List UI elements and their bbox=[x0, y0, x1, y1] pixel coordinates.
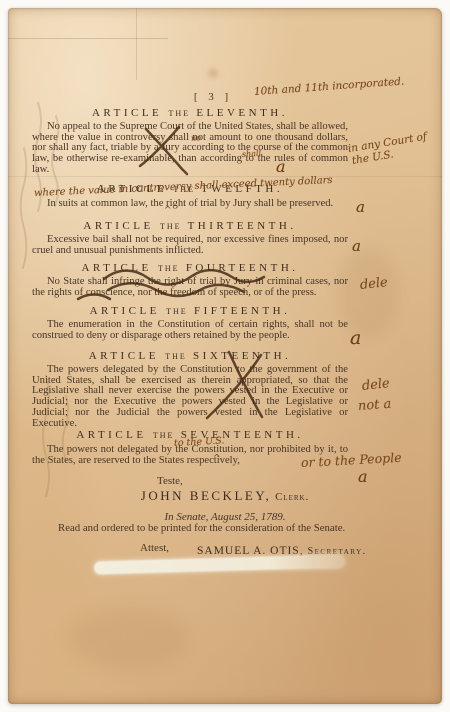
white-smear-mark bbox=[94, 555, 344, 575]
vertical-crease bbox=[136, 8, 137, 80]
article-fifteenth-body: The enumeration in the Constitution of c… bbox=[32, 320, 348, 341]
heading-word: ELEVENTH. bbox=[196, 107, 288, 119]
heading-word: FIFTEENTH. bbox=[194, 305, 290, 317]
margin-note: not a bbox=[357, 397, 391, 414]
article-fifteenth: ARTICLE THE FIFTEENTH. The enumeration i… bbox=[32, 305, 348, 341]
heading-word: THE bbox=[153, 431, 175, 440]
document-page: [ 3 ] 10th and 11th incorporated. ARTICL… bbox=[8, 8, 442, 704]
article-fourteenth-heading: ARTICLE THE FOURTEENTH. bbox=[32, 262, 348, 274]
attest-label: Attest, bbox=[140, 542, 169, 554]
heading-word: THE bbox=[160, 222, 182, 231]
heading-word: ARTICLE bbox=[89, 350, 159, 362]
approval-mark: a bbox=[350, 327, 361, 349]
photograph-of-document: [ 3 ] 10th and 11th incorporated. ARTICL… bbox=[0, 0, 450, 712]
article-sixteenth-body: The powers delegated by the Constitution… bbox=[32, 365, 348, 429]
approval-mark: a bbox=[358, 467, 368, 486]
clerk-signature-line: JOHN BECKLEY, Clerk. bbox=[8, 487, 442, 505]
article-thirteenth: ARTICLE THE THIRTEENTH. Excessive bail s… bbox=[32, 220, 348, 256]
heading-word: ARTICLE bbox=[83, 220, 153, 232]
caret-mark: ^ bbox=[164, 206, 172, 216]
heading-word: THIRTEENTH. bbox=[188, 220, 297, 232]
heading-word: THE bbox=[169, 109, 191, 118]
top-margin-annotation: 10th and 11th incorporated. bbox=[254, 76, 405, 98]
interline-edit: shall bbox=[242, 149, 262, 159]
heading-word: THE bbox=[158, 264, 180, 273]
heading-word: SIXTEENTH. bbox=[193, 350, 291, 362]
article-fourteenth-body: No State shall infringe the right of tri… bbox=[32, 277, 348, 298]
heading-word: THE bbox=[165, 352, 187, 361]
article-eleventh-body: No appeal to the Supreme Court of the Un… bbox=[32, 122, 348, 176]
interline-edit: no bbox=[191, 133, 202, 143]
article-sixteenth: ARTICLE THE SIXTEENTH. The powers delega… bbox=[32, 350, 348, 429]
approval-mark: a bbox=[352, 237, 361, 255]
dele-note: dele bbox=[361, 376, 390, 394]
paper-stain bbox=[68, 608, 188, 668]
article-fifteenth-heading: ARTICLE THE FIFTEENTH. bbox=[32, 305, 348, 317]
article-fourteenth: ARTICLE THE FOURTEENTH. No State shall i… bbox=[32, 262, 348, 298]
article-eleventh: ARTICLE THE ELEVENTH. No appeal to the S… bbox=[32, 107, 348, 176]
article-twelfth-body: In suits at common law, the right of tri… bbox=[32, 199, 348, 210]
clerk-title: Clerk. bbox=[275, 492, 309, 503]
approval-mark: a bbox=[356, 198, 365, 216]
dele-note: dele bbox=[359, 275, 388, 293]
clerk-name: JOHN BECKLEY, bbox=[141, 488, 272, 503]
article-thirteenth-body: Excessive bail shall not be required, no… bbox=[32, 235, 348, 256]
teste-label: Teste, bbox=[157, 475, 183, 487]
article-eleventh-heading: ARTICLE THE ELEVENTH. bbox=[32, 107, 348, 119]
order-to-print-line: Read and ordered to be printed for the c… bbox=[32, 523, 354, 534]
heading-word: ARTICLE bbox=[76, 429, 146, 441]
heading-word: FOURTEENTH. bbox=[186, 262, 299, 274]
article-sixteenth-heading: ARTICLE THE SIXTEENTH. bbox=[32, 350, 348, 362]
heading-word: ARTICLE bbox=[81, 262, 151, 274]
caret-mark: ^ bbox=[213, 454, 221, 464]
horizontal-crease bbox=[8, 38, 168, 39]
page-number: [ 3 ] bbox=[158, 91, 268, 103]
heading-word: ARTICLE bbox=[90, 305, 160, 317]
paper-stain bbox=[208, 68, 218, 78]
heading-word: THE bbox=[166, 307, 188, 316]
approval-mark: a bbox=[276, 157, 286, 176]
fold-line bbox=[8, 176, 442, 177]
article-thirteenth-heading: ARTICLE THE THIRTEENTH. bbox=[32, 220, 348, 232]
heading-word: ARTICLE bbox=[92, 107, 162, 119]
